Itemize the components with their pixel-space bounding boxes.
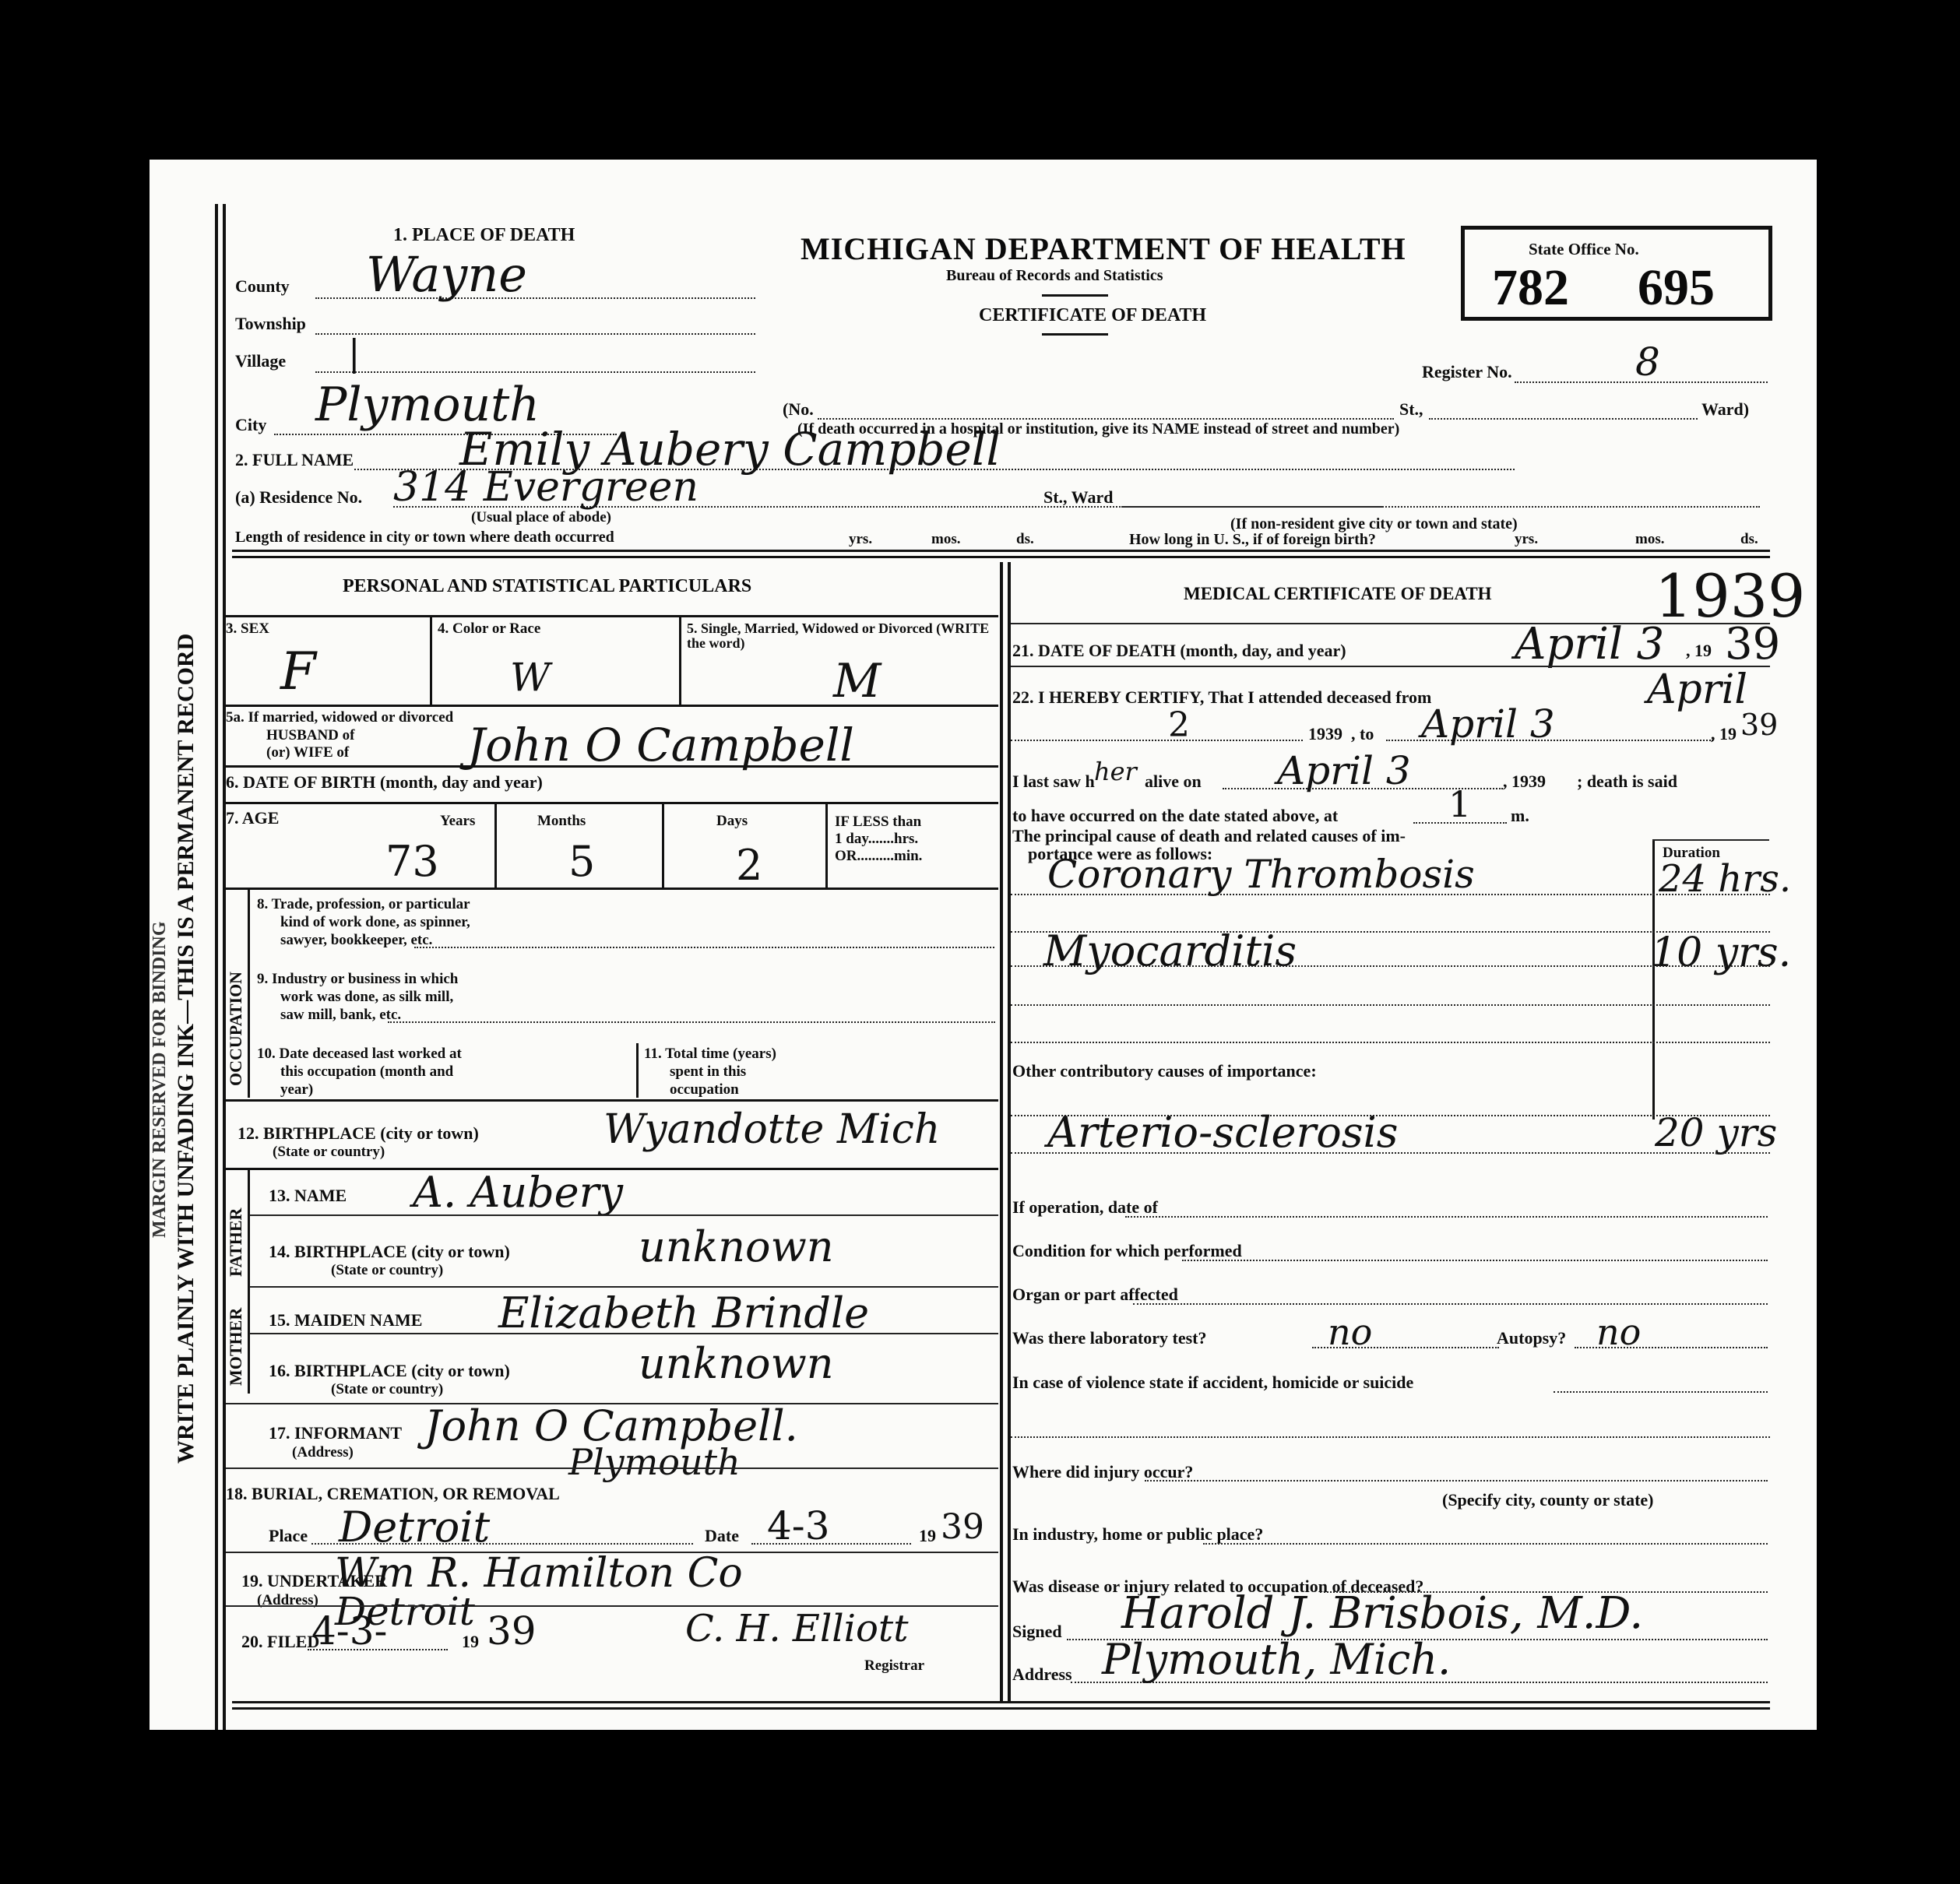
filed-date-value: 4-3- — [311, 1612, 387, 1650]
dod-year-value: 39 — [1725, 623, 1780, 666]
registrar-label: Registrar — [864, 1658, 924, 1674]
burial-date-label: Date — [705, 1527, 739, 1545]
informant-address-value: Plymouth — [568, 1444, 741, 1480]
spouse-label-2: HUSBAND of — [266, 728, 354, 743]
lab-test-value: no — [1328, 1314, 1372, 1350]
residence-label: (a) Residence No. — [235, 489, 362, 506]
days-label: Days — [716, 814, 748, 829]
mother-birthplace-label: 16. BIRTHPLACE (city or town) — [269, 1362, 510, 1380]
marital-value: M — [833, 658, 881, 705]
total-time-label-3: occupation — [670, 1082, 739, 1098]
m-label: m. — [1511, 807, 1529, 824]
title-rule-top — [1042, 294, 1108, 297]
full-name-label: 2. FULL NAME — [235, 452, 354, 469]
county-value: Wayne — [366, 251, 527, 299]
state-office-label: State Office No. — [1529, 241, 1639, 258]
industry-home-label: In industry, home or public place? — [1012, 1526, 1263, 1543]
race-label: 4. Color or Race — [438, 621, 540, 637]
last-saw-pronoun: her — [1094, 759, 1137, 784]
informant-label: 17. INFORMANT — [269, 1425, 402, 1442]
industry-field — [388, 1021, 995, 1023]
village-label: Village — [235, 353, 286, 370]
industry-label-2: work was done, as silk mill, — [280, 989, 453, 1005]
st-ward-label: St., Ward — [1043, 489, 1113, 506]
physician-address: Plymouth, Mich. — [1102, 1639, 1451, 1681]
last-saw-date: April 3 — [1277, 751, 1411, 790]
attended-from-month: April — [1647, 670, 1747, 710]
if-less-2: 1 day.......hrs. — [835, 831, 918, 847]
mother-name-label: 15. MAIDEN NAME — [269, 1312, 422, 1329]
medical-heading: MEDICAL CERTIFICATE OF DEATH — [1184, 584, 1492, 604]
mother-birthplace-sub: (State or country) — [331, 1382, 443, 1397]
dob-label: 6. DATE OF BIRTH (month, day and year) — [226, 774, 543, 791]
residence-value: 314 Evergreen — [393, 467, 698, 508]
sex-value: F — [280, 646, 316, 698]
principal-cause-label-1: The principal cause of death and related… — [1012, 828, 1406, 845]
father-side-label: FATHER — [226, 1208, 246, 1277]
birthplace-value: Wyandotte Mich — [603, 1109, 940, 1150]
birthplace-sub: (State or country) — [273, 1144, 385, 1160]
spouse-label-3: (or) WIFE of — [266, 745, 349, 761]
abode-note: (Usual place of abode) — [471, 510, 611, 525]
mother-name-value: Elizabeth Brindle — [498, 1292, 869, 1334]
occurred-time: 1 — [1448, 786, 1471, 822]
state-office-no-a: 782 — [1492, 262, 1569, 314]
father-birthplace-label: 14. BIRTHPLACE (city or town) — [269, 1243, 510, 1260]
dod-label: 21. DATE OF DEATH (month, day, and year) — [1012, 642, 1346, 659]
title-rule-bottom — [1042, 333, 1108, 336]
agency-title: MICHIGAN DEPARTMENT OF HEALTH — [801, 230, 1406, 267]
other-cause-duration: 20 yrs — [1655, 1113, 1777, 1152]
filed-year-value: 39 — [487, 1612, 537, 1650]
industry-label-3: saw mill, bank, etc. — [280, 1007, 401, 1023]
certify-label: 22. I HEREBY CERTIFY, That I attended de… — [1012, 689, 1431, 706]
year-stamp: 1939 — [1655, 567, 1805, 626]
other-cause-value: Arterio-sclerosis — [1047, 1112, 1399, 1154]
condition-label: Condition for which performed — [1012, 1243, 1242, 1260]
left-border — [215, 204, 226, 1730]
burial-place-value: Detroit — [339, 1506, 490, 1548]
no-label: (No. — [783, 401, 814, 418]
industry-label-1: 9. Industry or business in which — [257, 972, 458, 987]
nonresident-note: (If non-resident give city or town and s… — [1230, 516, 1518, 533]
to-label: , to — [1351, 726, 1374, 743]
last-worked-label-2: this occupation (month and — [280, 1064, 453, 1080]
total-time-label-2: spent in this — [670, 1064, 746, 1080]
father-birthplace-value: unknown — [639, 1226, 834, 1268]
burial-year-value: 39 — [941, 1510, 984, 1545]
st-label: St., — [1399, 401, 1423, 418]
register-no: 8 — [1635, 343, 1660, 381]
ds-label: ds. — [1016, 532, 1034, 547]
burial-place-label: Place — [269, 1527, 308, 1545]
bureau-subtitle: Bureau of Records and Statistics — [946, 267, 1163, 285]
father-name-label: 13. NAME — [269, 1187, 347, 1204]
burial-label: 18. BURIAL, CREMATION, OR REMOVAL — [226, 1485, 560, 1503]
dod-year-prefix: , 19 — [1686, 642, 1712, 659]
injury-where-label: Where did injury occur? — [1012, 1464, 1193, 1481]
county-label: County — [235, 278, 290, 295]
cause-1: Coronary Thrombosis — [1047, 855, 1475, 894]
marital-label: 5. Single, Married, Widowed or Divorced … — [687, 621, 994, 651]
mos-label: mos. — [931, 532, 960, 547]
trade-field — [414, 947, 994, 948]
attended-to-year: 39 — [1740, 710, 1778, 740]
occurred-label: to have occurred on the date stated abov… — [1012, 807, 1338, 824]
other-causes-label: Other contributory causes of importance: — [1012, 1063, 1317, 1080]
state-office-no-b: 695 — [1638, 262, 1715, 314]
organ-label: Organ or part affected — [1012, 1286, 1178, 1303]
trade-label-3: sawyer, bookkeeper, etc. — [280, 933, 432, 948]
age-label: 7. AGE — [226, 810, 279, 827]
us-duration-label: How long in U. S., if of foreign birth? — [1129, 532, 1376, 548]
operation-label: If operation, date of — [1012, 1199, 1158, 1216]
trade-label-1: 8. Trade, profession, or particular — [257, 897, 470, 912]
city-label: City — [235, 417, 266, 434]
birthplace-label: 12. BIRTHPLACE (city or town) — [238, 1125, 479, 1142]
city-value: Plymouth — [315, 381, 540, 428]
form-title: CERTIFICATE OF DEATH — [979, 305, 1206, 326]
mother-birthplace-value: unknown — [639, 1343, 834, 1385]
if-less-3: OR..........min. — [835, 849, 922, 864]
alive-on-label: alive on — [1145, 773, 1202, 790]
us-ds-label: ds. — [1740, 532, 1758, 547]
attended-from-year: 1939 — [1308, 726, 1342, 743]
spouse-value: John O Campbell — [467, 722, 854, 768]
attended-to-value: April 3 — [1421, 705, 1555, 743]
mother-side-label: MOTHER — [226, 1308, 246, 1386]
us-mos-label: mos. — [1635, 532, 1664, 547]
last-worked-label-1: 10. Date deceased last worked at — [257, 1046, 462, 1062]
death-said-label: ; death is said — [1577, 773, 1677, 790]
age-days-value: 2 — [736, 845, 762, 887]
yrs-label: yrs. — [849, 532, 872, 547]
us-yrs-label: yrs. — [1515, 532, 1538, 547]
village-value: | — [348, 335, 361, 371]
last-worked-label-3: year) — [280, 1082, 313, 1098]
township-label: Township — [235, 315, 306, 332]
months-label: Months — [537, 814, 586, 829]
place-of-death-heading: 1. PLACE OF DEATH — [393, 226, 575, 244]
personal-heading: PERSONAL AND STATISTICAL PARTICULARS — [343, 576, 751, 597]
margin-notice: WRITE PLAINLY WITH UNFADING INK—THIS IS … — [173, 634, 199, 1464]
column-divider — [1000, 562, 1011, 1703]
father-birthplace-sub: (State or country) — [331, 1263, 443, 1278]
signed-label: Signed — [1012, 1623, 1062, 1640]
physician-signature: Harold J. Brisbois, M.D. — [1121, 1592, 1643, 1636]
address-label: Address — [1012, 1666, 1072, 1683]
last-saw-label: I last saw h — [1012, 773, 1095, 790]
informant-sub: (Address) — [292, 1445, 354, 1460]
cause-2-duration: 10 yrs. — [1651, 933, 1791, 973]
burial-date-value: 4-3 — [767, 1506, 830, 1545]
race-value: W — [510, 658, 550, 697]
filed-label: 20. FILED — [241, 1633, 319, 1650]
lab-test-label: Was there laboratory test? — [1012, 1330, 1207, 1347]
state-office-box: State Office No. 782 695 — [1461, 226, 1772, 321]
autopsy-label: Autopsy? — [1497, 1330, 1566, 1347]
dod-value: April 3 — [1515, 623, 1664, 666]
attended-from-day: 2 — [1168, 708, 1190, 743]
last-saw-year: , 1939 — [1503, 773, 1546, 790]
sex-label: 3. SEX — [226, 621, 269, 637]
footer-rule — [232, 1701, 1770, 1710]
father-name-value: A. Aubery — [413, 1172, 623, 1214]
trade-label-2: kind of work done, as spinner, — [280, 915, 470, 930]
autopsy-value: no — [1596, 1314, 1641, 1350]
specify-label: (Specify city, county or state) — [1442, 1492, 1654, 1509]
header-rule — [232, 550, 1770, 558]
age-months-value: 5 — [568, 841, 595, 883]
undertaker-value: Wm R. Hamilton Co — [335, 1553, 743, 1594]
age-years-value: 73 — [385, 841, 439, 883]
ward-label: Ward) — [1701, 401, 1749, 418]
cause-1-duration: 24 hrs. — [1659, 860, 1791, 898]
length-of-residence-label: Length of residence in city or town wher… — [235, 529, 614, 546]
violence-label: In case of violence state if accident, h… — [1012, 1374, 1413, 1391]
registrar-signature: C. H. Elliott — [685, 1610, 908, 1647]
register-label: Register No. — [1422, 364, 1512, 381]
burial-year-prefix: 19 — [919, 1527, 936, 1545]
if-less-1: IF LESS than — [835, 814, 921, 830]
years-label: Years — [440, 814, 475, 829]
total-time-label-1: 11. Total time (years) — [644, 1046, 776, 1062]
spouse-label-1: 5a. If married, widowed or divorced — [226, 710, 453, 726]
filed-year-prefix: 19 — [462, 1633, 479, 1650]
occupation-side-label: OCCUPATION — [226, 972, 246, 1086]
binding-notice: MARGIN RESERVED FOR BINDING — [150, 921, 171, 1238]
attended-to-year-prefix: , 19 — [1711, 726, 1737, 743]
